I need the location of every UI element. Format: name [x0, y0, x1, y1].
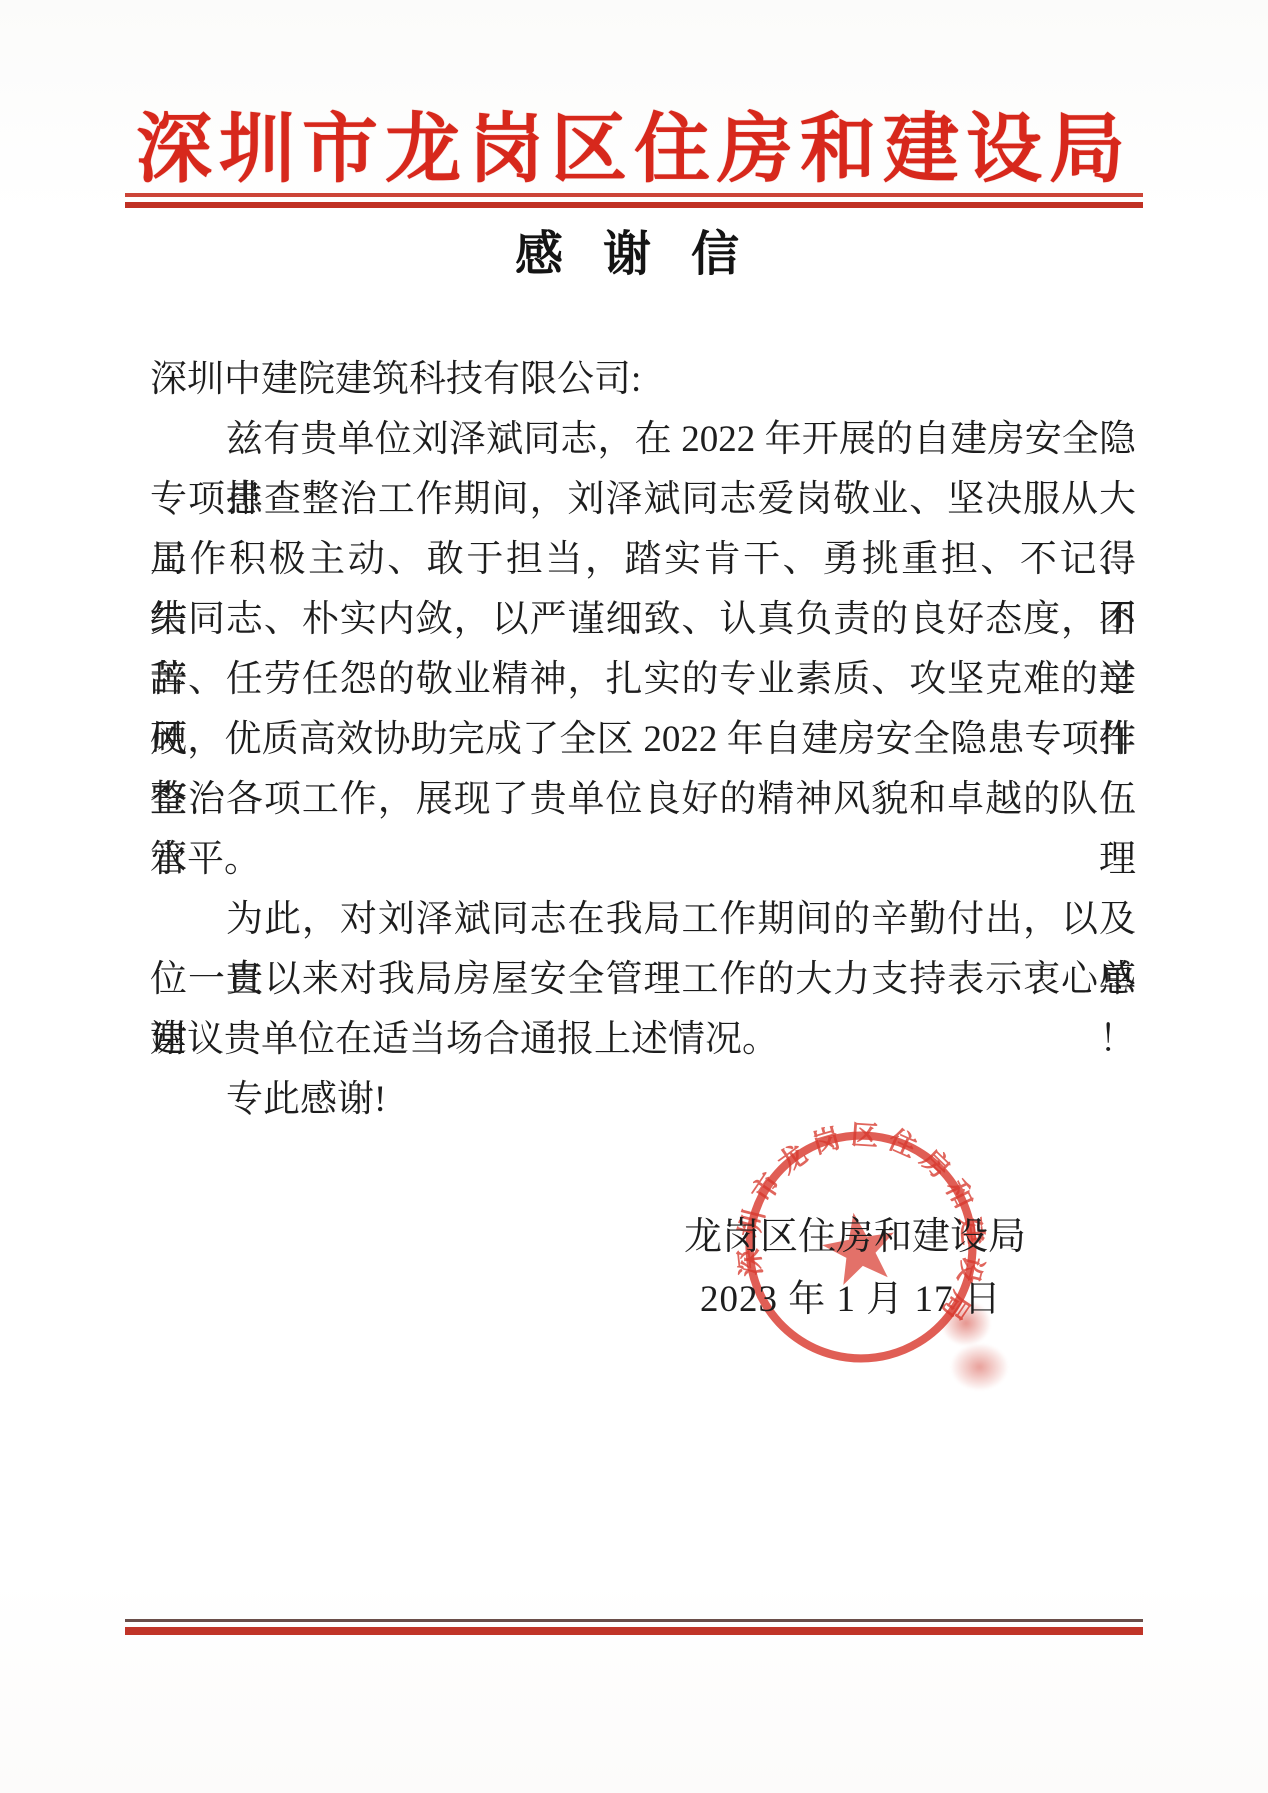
letter-title: 感 谢 信 [0, 215, 1268, 284]
body-line: 兹有贵单位刘泽斌同志，在 2022 年开展的自建房安全隐患 [150, 410, 1136, 470]
header-rule-thick-line [125, 202, 1143, 208]
signature-organization: 龙岗区住房和建设局 [684, 1205, 1026, 1260]
body-line: 工作积极主动、敢于担当，踏实肯干、勇挑重担、不记得失、团 [150, 530, 1136, 590]
footer-rule [125, 1619, 1143, 1635]
body-line: 整治各项工作，展现了贵单位良好的精神风貌和卓越的队伍管理 [150, 770, 1136, 830]
closing-line: 专此感谢! [150, 1070, 1136, 1130]
body-line: 专项排查整治工作期间，刘泽斌同志爱岗敬业、坚决服从大局、 [150, 470, 1136, 530]
letter-page: 深圳市龙岗区住房和建设局 感 谢 信 深圳中建院建筑科技有限公司: 兹有贵单位刘… [0, 0, 1268, 1793]
salutation-line: 深圳中建院建筑科技有限公司: [150, 350, 1136, 410]
agency-header-title: 深圳市龙岗区住房和建设局 [0, 88, 1268, 197]
body-line: 结同志、朴实内敛，以严谨细致、认真负责的良好态度，不辞辛 [150, 590, 1136, 650]
footer-rule-thick-line [125, 1627, 1143, 1635]
header-rule [125, 193, 1143, 208]
body-line: 位一直以来对我局房屋安全管理工作的大力支持表示衷心感谢！ [150, 950, 1136, 1010]
signature-date: 2023 年 1 月 17 日 [700, 1268, 1002, 1322]
body-line: 苦、任劳任怨的敬业精神，扎实的专业素质、攻坚克难的过硬作 [150, 650, 1136, 710]
body-line: 风，优质高效协助完成了全区 2022 年自建房安全隐患专项排查 [150, 710, 1136, 770]
body-line: 为此，对刘泽斌同志在我局工作期间的辛勤付出，以及贵单 [150, 890, 1136, 950]
letter-body: 深圳中建院建筑科技有限公司: 兹有贵单位刘泽斌同志，在 2022 年开展的自建房… [150, 350, 1136, 1130]
